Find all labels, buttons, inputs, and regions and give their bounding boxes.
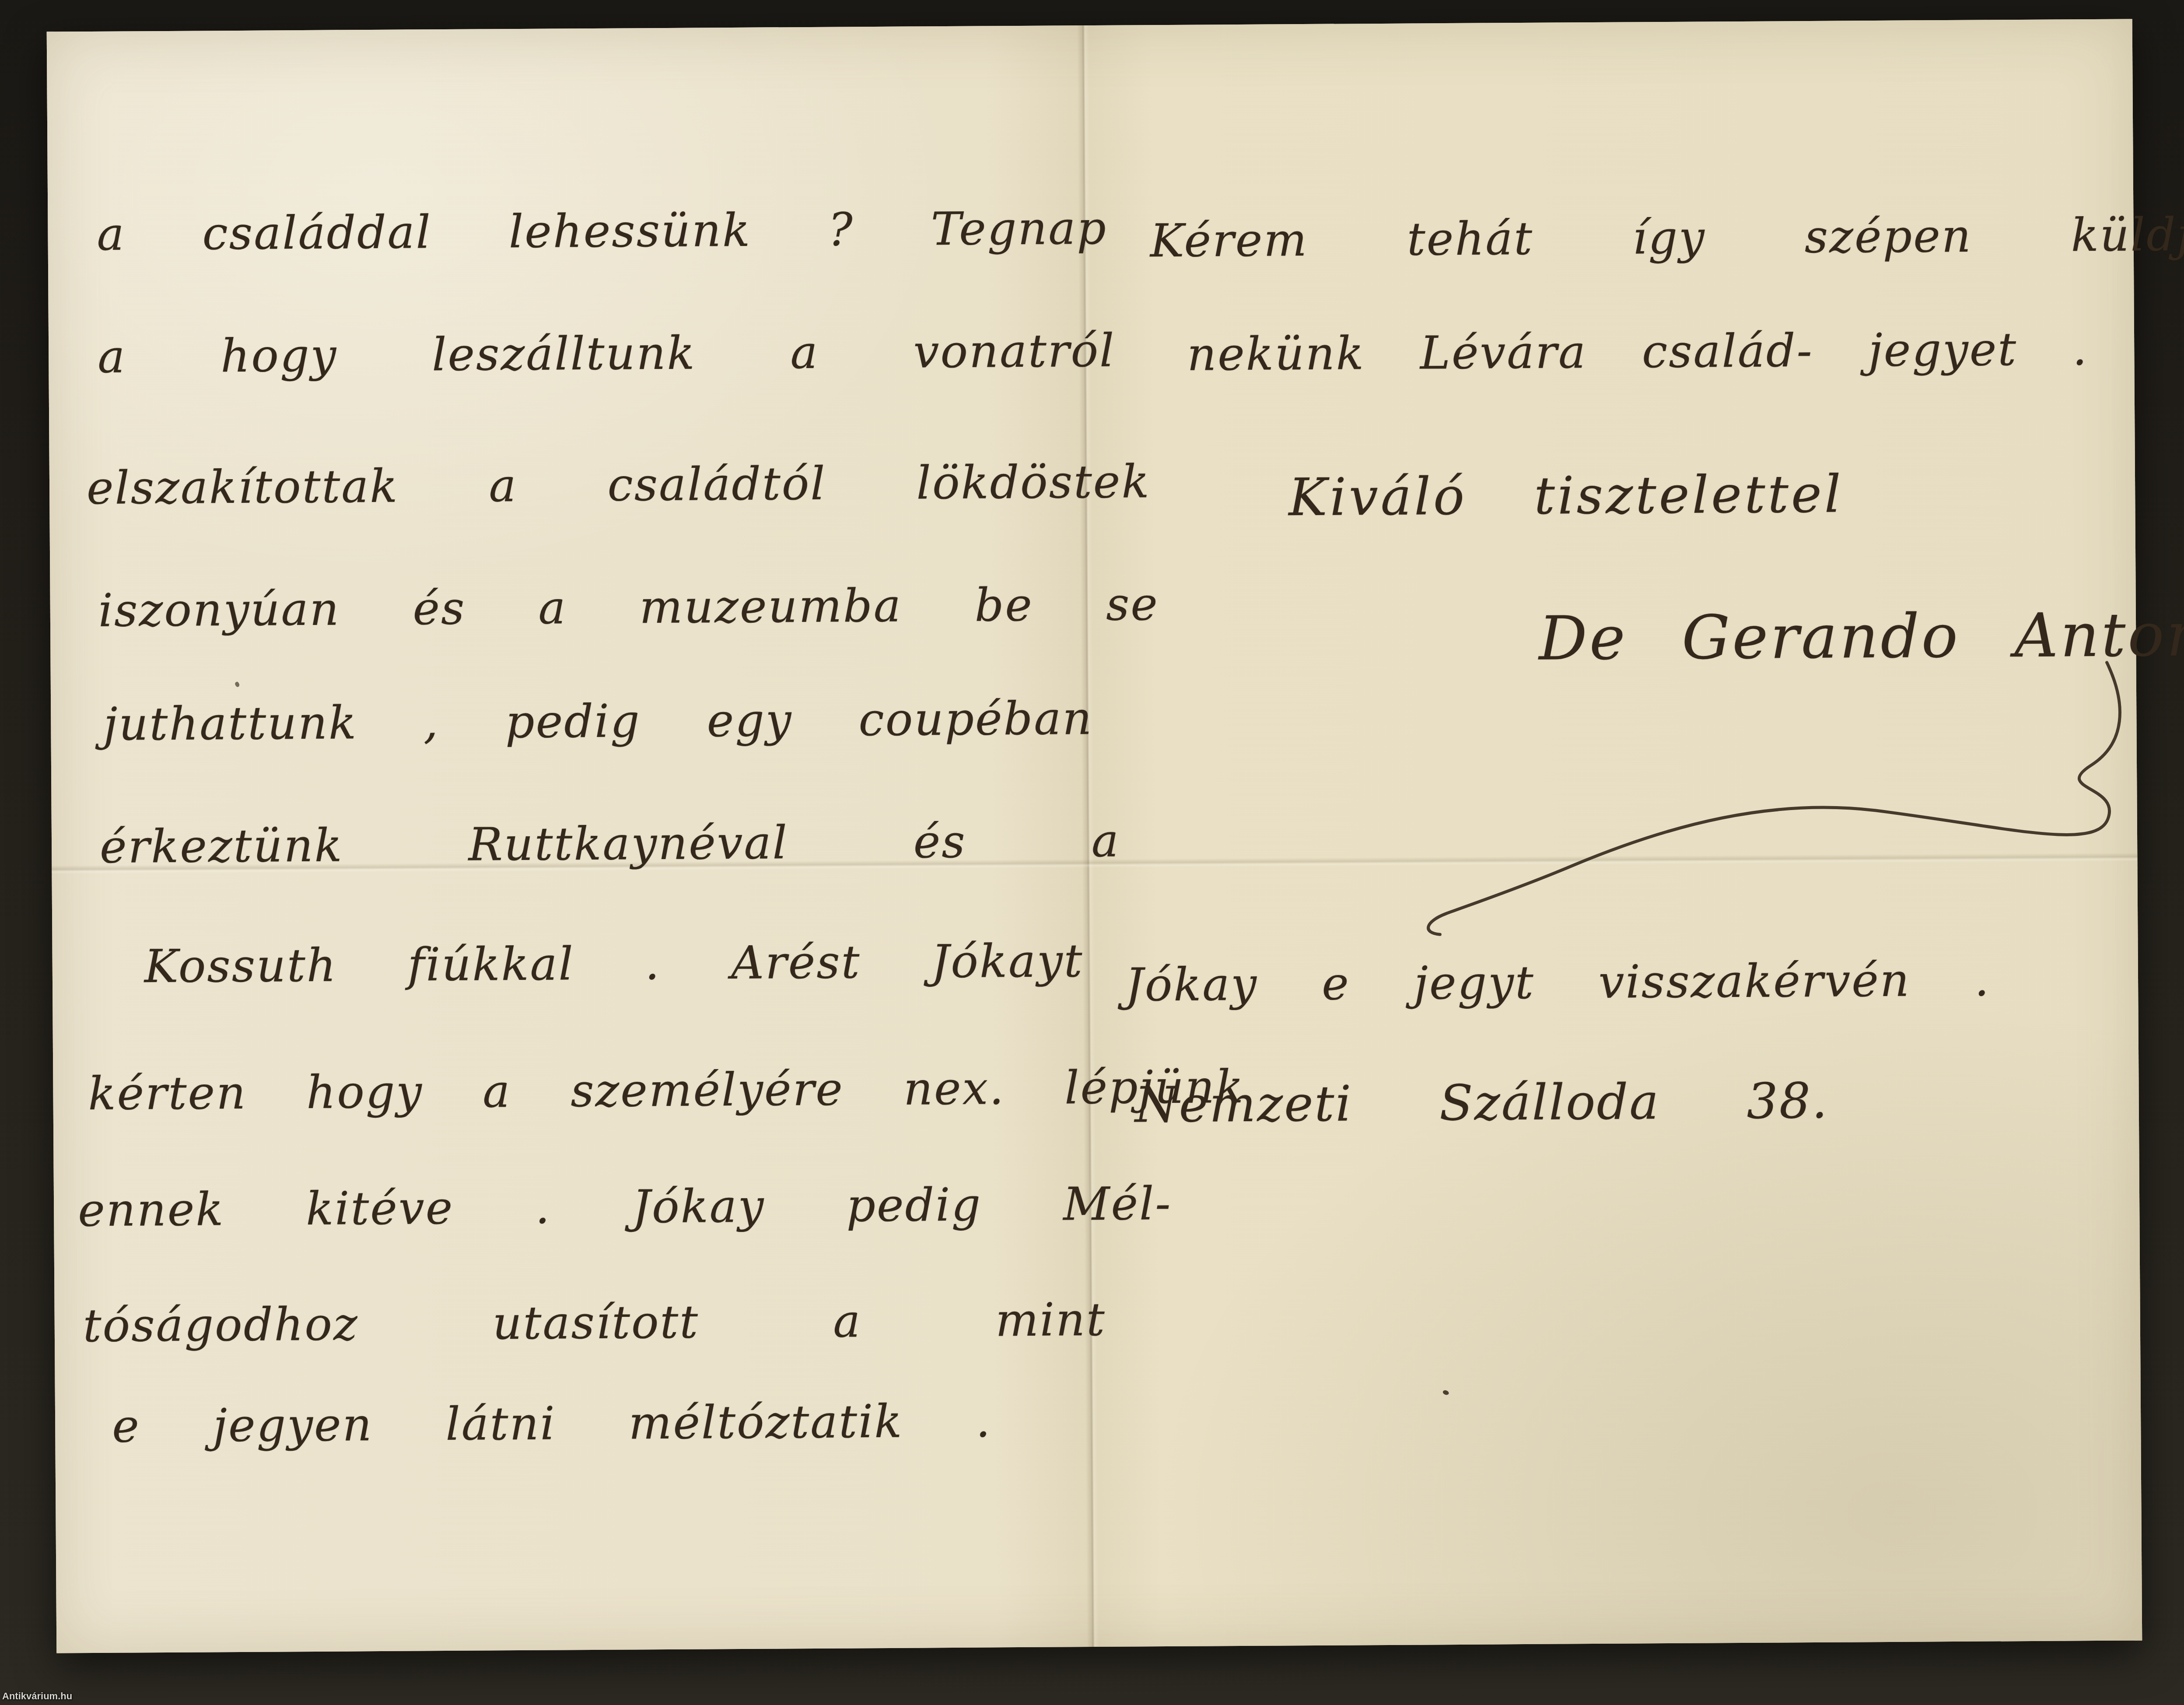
- watermark: Antikvárium.hu: [2, 1691, 72, 1702]
- left-page: a családdal lehessünk ? Tegnap a hogy le…: [47, 19, 2132, 32]
- handwriting-line: Kérem tehát így szépen küldjön: [1150, 206, 2184, 269]
- handwriting-line: juthattunk , pedig egy coupéban: [103, 690, 1093, 753]
- letter-paper: a családdal lehessünk ? Tegnap a hogy le…: [47, 19, 2142, 1653]
- handwriting-line: a családdal lehessünk ? Tegnap: [97, 200, 1107, 263]
- signature: De Gerando Antonina: [1539, 596, 2184, 677]
- handwriting-line: Kossuth fiúkkal . Arést Jókayt: [144, 932, 1084, 995]
- postscript-line: Jókay e jegyt visszakérvén .: [1125, 951, 1991, 1014]
- handwriting-line: ennek kitéve . Jókay pedig Mél-: [78, 1175, 1172, 1238]
- ink-speck: [234, 681, 240, 688]
- handwriting-line: nekünk Lévára család- jegyet .: [1187, 320, 2089, 383]
- handwriting-line: iszonyúan és a muzeumba be se: [98, 575, 1159, 639]
- photo-background: a családdal lehessünk ? Tegnap a hogy le…: [0, 0, 2184, 1705]
- handwriting-line: kérten hogy a személyére nex. lépjünk: [88, 1058, 1245, 1122]
- address-line: Nemzeti Szálloda 38.: [1134, 1070, 1829, 1136]
- closing-line: Kiváló tisztelettel: [1288, 462, 1844, 530]
- handwriting-line: tóságodhoz utasított a mint: [83, 1291, 1106, 1354]
- ink-dot: [1442, 1389, 1450, 1396]
- handwriting-line: érkeztünk Ruttkaynéval és a: [100, 812, 1120, 875]
- right-page: Kérem tehát így szépen küldjön nekünk Lé…: [47, 19, 2132, 32]
- handwriting-line: a hogy leszálltunk a vonatról: [98, 322, 1116, 385]
- handwriting-line: elszakítottak a családtól lökdöstek: [87, 453, 1151, 516]
- handwriting-line: e jegyen látni méltóztatik .: [112, 1392, 992, 1454]
